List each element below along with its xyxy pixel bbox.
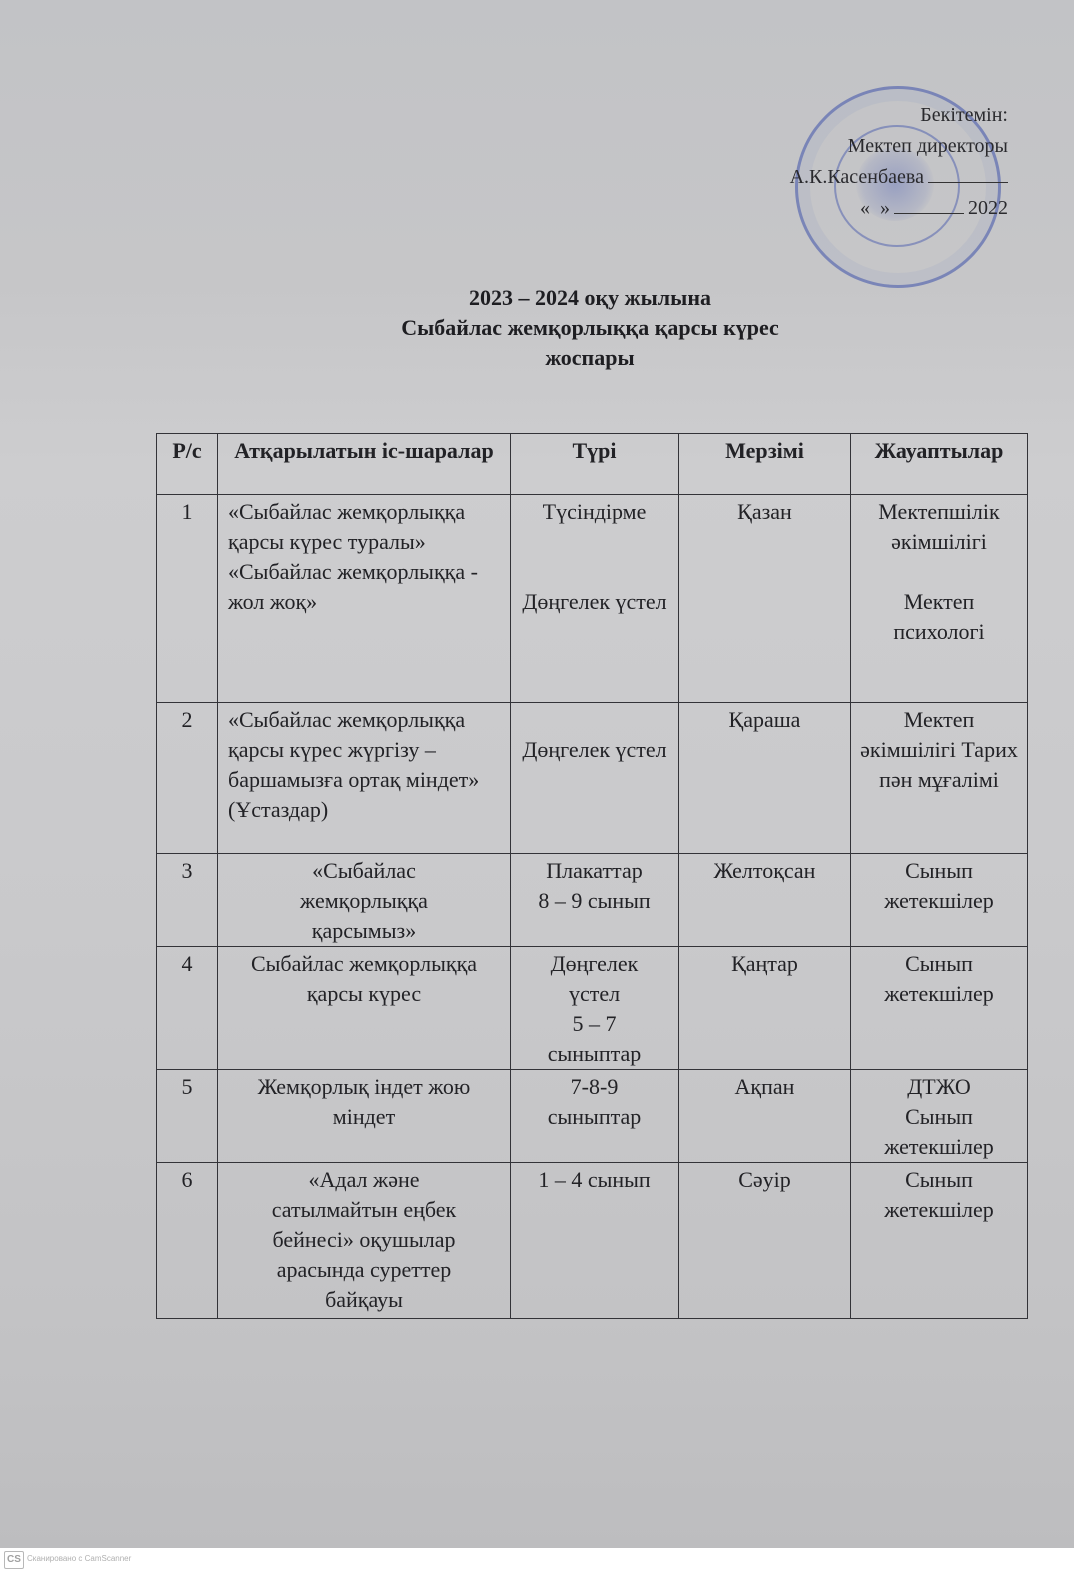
type-item: 1 – 4 сынып	[517, 1165, 672, 1195]
type-item: 7-8-9 сыныптар	[539, 1072, 650, 1132]
row-number: 5	[157, 1070, 218, 1163]
row-term: Желтоқсан	[679, 854, 851, 947]
type-item: Түсіндірме	[517, 497, 672, 527]
row-responsible: Мектеп әкімшілігі Тарих пән мұғалімі	[851, 703, 1028, 854]
row-responsible: Сынып жетекшілер	[851, 1163, 1028, 1319]
row-number: 4	[157, 947, 218, 1070]
activity-item: «Сыбайлас жемқорлыққа - жол жоқ»	[228, 557, 504, 617]
type-item: Дөңгелек үстел	[517, 735, 672, 765]
activity-item: Сыбайлас жемқорлыққа қарсы күрес	[224, 949, 504, 1009]
approval-date-line: « »2022	[708, 193, 1008, 224]
row-activity: «Сыбайлас жемқорлыққа қарсы күрес жүргіз…	[218, 703, 511, 854]
header-number: Р/с	[157, 434, 218, 495]
row-type: Дөңгелек үстел 5 – 7 сыныптар	[511, 947, 679, 1070]
activity-item: «Адал және сатылмайтын еңбек бейнесі» оқ…	[248, 1165, 480, 1315]
table-header-row: Р/с Атқарылатын іс-шаралар Түрі Мерзімі …	[157, 434, 1028, 495]
camscanner-logo-icon: CS	[4, 1551, 24, 1569]
type-item: Плакаттар	[517, 856, 672, 886]
table-row: 4 Сыбайлас жемқорлыққа қарсы күрес Дөңге…	[157, 947, 1028, 1070]
row-activity: «Адал және сатылмайтын еңбек бейнесі» оқ…	[218, 1163, 511, 1319]
responsible-item: Мектеп әкімшілігі Тарих пән мұғалімі	[857, 705, 1021, 795]
type-item: 5 – 7 сыныптар	[535, 1009, 654, 1069]
responsible-item: Мектеп психологі	[857, 587, 1021, 647]
title-line-2: Сыбайлас жемқорлыққа қарсы күрес	[0, 313, 1074, 343]
row-term: Сәуір	[679, 1163, 851, 1319]
document-page: Бекітемін: Мектеп директоры А.К.Касенбае…	[0, 0, 1074, 1548]
type-item: Дөңгелек үстел	[535, 949, 654, 1009]
type-item: 8 – 9 сынып	[517, 886, 672, 916]
responsible-item: Сынып жетекшілер	[871, 1102, 1007, 1162]
header-activities: Атқарылатын іс-шаралар	[218, 434, 511, 495]
row-term: Қараша	[679, 703, 851, 854]
responsible-item: ДТЖО	[871, 1072, 1007, 1102]
row-responsible: Сынып жетекшілер	[851, 854, 1028, 947]
spacer	[517, 527, 672, 587]
signature-field	[928, 164, 1008, 183]
row-activity: «Сыбайлас жемқорлыққа қарсы күрес туралы…	[218, 495, 511, 703]
table-row: 5 Жемқорлық індет жою міндет 7-8-9 сынып…	[157, 1070, 1028, 1163]
approval-position: Мектеп директоры	[708, 131, 1008, 162]
row-number: 2	[157, 703, 218, 854]
row-term: Ақпан	[679, 1070, 851, 1163]
row-type: Плакаттар 8 – 9 сынып	[511, 854, 679, 947]
responsible-item: Сынып жетекшілер	[871, 856, 1007, 916]
responsible-item: Сынып жетекшілер	[871, 949, 1007, 1009]
row-activity: Жемқорлық індет жою міндет	[218, 1070, 511, 1163]
date-field	[894, 195, 964, 214]
row-responsible: Сынып жетекшілер	[851, 947, 1028, 1070]
type-item: Дөңгелек үстел	[517, 587, 672, 617]
table-row: 1 «Сыбайлас жемқорлыққа қарсы күрес тура…	[157, 495, 1028, 703]
row-type: Дөңгелек үстел	[511, 703, 679, 854]
activity-item: «Сыбайлас жемқорлыққа қарсы күрес туралы…	[228, 497, 504, 557]
approval-year: 2022	[968, 197, 1008, 219]
row-number: 6	[157, 1163, 218, 1319]
watermark-text: Сканировано с CamScanner	[27, 1554, 131, 1563]
date-open-quote: «	[860, 197, 870, 219]
header-type: Түрі	[511, 434, 679, 495]
row-activity: «Сыбайлас жемқорлыққа қарсымыз»	[218, 854, 511, 947]
activity-item: Жемқорлық індет жою міндет	[238, 1072, 490, 1132]
activity-item: «Сыбайлас жемқорлыққа қарсы күрес жүргіз…	[228, 705, 504, 825]
header-term: Мерзімі	[679, 434, 851, 495]
scanner-watermark: CS Сканировано с CamScanner	[0, 1548, 1074, 1572]
table-row: 2 «Сыбайлас жемқорлыққа қарсы күрес жүрг…	[157, 703, 1028, 854]
row-type: 7-8-9 сыныптар	[511, 1070, 679, 1163]
row-responsible: ДТЖО Сынып жетекшілер	[851, 1070, 1028, 1163]
table-row: 6 «Адал және сатылмайтын еңбек бейнесі» …	[157, 1163, 1028, 1319]
row-type: Түсіндірме Дөңгелек үстел	[511, 495, 679, 703]
title-line-1: 2023 – 2024 оқу жылына	[0, 283, 1074, 313]
table-row: 3 «Сыбайлас жемқорлыққа қарсымыз» Плакат…	[157, 854, 1028, 947]
row-activity: Сыбайлас жемқорлыққа қарсы күрес	[218, 947, 511, 1070]
row-type: 1 – 4 сынып	[511, 1163, 679, 1319]
document-title: 2023 – 2024 оқу жылына Сыбайлас жемқорлы…	[0, 283, 1074, 373]
row-responsible: Мектепшілік әкімшілігі Мектеп психологі	[851, 495, 1028, 703]
approval-block: Бекітемін: Мектеп директоры А.К.Касенбае…	[708, 100, 1008, 224]
director-name: А.К.Касенбаева	[790, 166, 924, 188]
row-number: 1	[157, 495, 218, 703]
row-term: Қазан	[679, 495, 851, 703]
responsible-item: Сынып жетекшілер	[871, 1165, 1007, 1225]
plan-table: Р/с Атқарылатын іс-шаралар Түрі Мерзімі …	[156, 433, 1028, 1319]
activity-item: «Сыбайлас жемқорлыққа қарсымыз»	[258, 856, 470, 946]
row-number: 3	[157, 854, 218, 947]
header-responsible: Жауаптылар	[851, 434, 1028, 495]
spacer	[857, 557, 1021, 587]
date-close-quote: »	[880, 197, 890, 219]
approval-heading: Бекітемін:	[708, 100, 1008, 131]
title-line-3: жоспары	[0, 343, 1074, 373]
row-term: Қаңтар	[679, 947, 851, 1070]
approval-signature-line: А.К.Касенбаева	[708, 162, 1008, 193]
responsible-item: Мектепшілік әкімшілігі	[857, 497, 1021, 557]
